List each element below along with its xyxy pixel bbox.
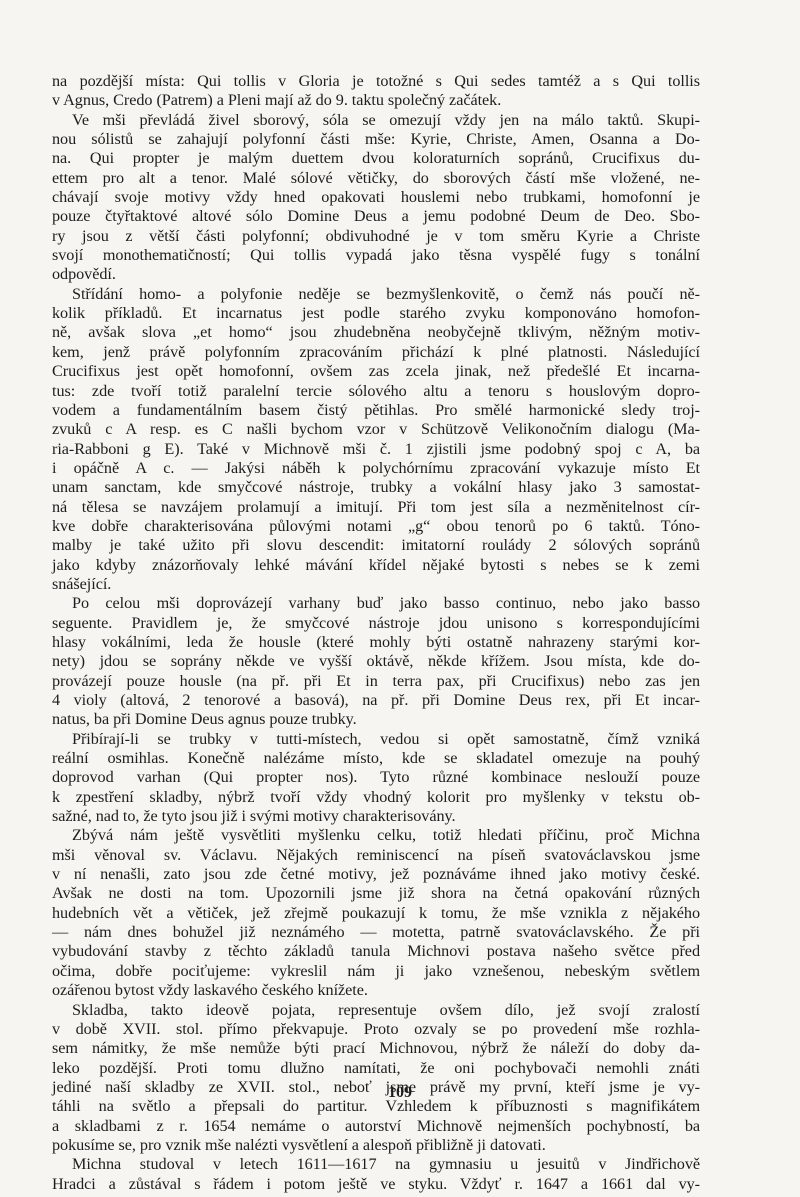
text-line: leko pozdější. Proti tomu dlužno namítat… bbox=[52, 1059, 700, 1078]
text-line: sažné, nad to, že tyto jsou již i svými … bbox=[52, 807, 700, 826]
text-line: seguente. Pravidlem je, že smyčcové nást… bbox=[52, 614, 700, 633]
paragraph-start-line: Střídání homo- a polyfonie neděje se bez… bbox=[52, 285, 700, 304]
text-line: provázejí pouze housle (na př. při Et in… bbox=[52, 672, 700, 691]
text-line: vodem a fundamentálním basem čistý pětih… bbox=[52, 401, 700, 420]
text-line: kem, jenž právě polyfonním zpracováním p… bbox=[52, 343, 700, 362]
text-line: hlasy vokálními, leda že housle (které m… bbox=[52, 633, 700, 652]
text-line: v době XVII. stol. přímo překvapuje. Pro… bbox=[52, 1020, 700, 1039]
text-line: ria-Rabboni g E). Také v Michnově mši č.… bbox=[52, 440, 700, 459]
text-line: zvuků c A resp. es C našli bychom vzor v… bbox=[52, 420, 700, 439]
text-line: malby je také užito při slovu descendit:… bbox=[52, 536, 700, 555]
text-line: vybudování stavby z těchto základů tanul… bbox=[52, 942, 700, 961]
paragraph-start-line: Ve mši převládá živel sborový, sóla se o… bbox=[52, 111, 700, 130]
text-line: tus: zde tvoří totiž paralelní tercie só… bbox=[52, 382, 700, 401]
text-line: nety) jdou se soprány někde ve vyšší okt… bbox=[52, 652, 700, 671]
text-line: Hradci a zůstával s řádem i potom ještě … bbox=[52, 1175, 700, 1194]
text-line: jako kdyby znázorňovaly lehké mávání kří… bbox=[52, 556, 700, 575]
paragraph-start-line: Zbývá nám ještě vysvětliti myšlenku celk… bbox=[52, 826, 700, 845]
text-line: chávají svoje motivy vždy hned opakovati… bbox=[52, 188, 700, 207]
text-line: reální osmihlas. Konečně nalézáme místo,… bbox=[52, 749, 700, 768]
text-line: doprovod varhan (Qui propter nos). Tyto … bbox=[52, 768, 700, 787]
text-line: v Agnus, Credo (Patrem) a Pleni mají až … bbox=[52, 91, 700, 110]
book-page: na pozdější místa: Qui tollis v Gloria j… bbox=[0, 0, 800, 1197]
text-line: sem námitky, že mše nemůže býti prací Mi… bbox=[52, 1039, 700, 1058]
page-number: 109 bbox=[0, 1084, 800, 1102]
text-line: kve dobře charakterisována půlovými nota… bbox=[52, 517, 700, 536]
text-line: Avšak ne dosti na tom. Upozornili jsme j… bbox=[52, 884, 700, 903]
text-line: k zpestření skladby, nýbrž tvoří vždy vh… bbox=[52, 788, 700, 807]
text-line: a skladbami z r. 1654 nemáme o autorství… bbox=[52, 1117, 700, 1136]
text-line: nou sólistů se zahajují polyfonní části … bbox=[52, 130, 700, 149]
paragraph-start-line: Po celou mši doprovázejí varhany buď jak… bbox=[52, 594, 700, 613]
text-line: očima, dobře pociťujeme: vykreslil nám j… bbox=[52, 962, 700, 981]
text-line: kolik příkladů. Et incarnatus jest podle… bbox=[52, 304, 700, 323]
text-line: ozářenou bytost vždy laskavého českého k… bbox=[52, 981, 700, 1000]
text-line: ná tělesa se navzájem prolamují a imituj… bbox=[52, 498, 700, 517]
text-line: ry jsou z větší části polyfonní; obdivuh… bbox=[52, 227, 700, 246]
text-line: odpovědí. bbox=[52, 265, 700, 284]
text-line: unam sanctam, kde smyčcové nástroje, tru… bbox=[52, 478, 700, 497]
text-line: pouze čtyřtaktové altové sólo Domine Deu… bbox=[52, 207, 700, 226]
text-line: svojí monothematičností; Qui tollis vypa… bbox=[52, 246, 700, 265]
text-line: i opáčně A c. — Jakýsi náběh k polychórn… bbox=[52, 459, 700, 478]
text-line: natus, ba při Domine Deus agnus pouze tr… bbox=[52, 710, 700, 729]
text-line: hudebních vět a větiček, jež zřejmě pouk… bbox=[52, 904, 700, 923]
text-line: mši věnoval sv. Václavu. Nějakých remini… bbox=[52, 846, 700, 865]
text-line: snášející. bbox=[52, 575, 700, 594]
paragraph-start-line: Michna studoval v letech 1611—1617 na gy… bbox=[52, 1155, 700, 1174]
text-line: 4 violy (altová, 2 tenorové a basová), n… bbox=[52, 691, 700, 710]
text-line: — nám dnes bohužel již neznámého — motet… bbox=[52, 923, 700, 942]
text-line: ně, avšak slova „et homo“ jsou zhudebněn… bbox=[52, 323, 700, 342]
body-text: na pozdější místa: Qui tollis v Gloria j… bbox=[52, 72, 700, 1194]
paragraph-start-line: Přibírají-li se trubky v tutti-místech, … bbox=[52, 730, 700, 749]
text-line: na pozdější místa: Qui tollis v Gloria j… bbox=[52, 72, 700, 91]
text-line: ettem pro alt a tenor. Malé sólové větič… bbox=[52, 169, 700, 188]
text-line: na. Qui propter je malým duettem dvou ko… bbox=[52, 149, 700, 168]
text-line: Crucifixus jest opět homofonní, ovšem za… bbox=[52, 362, 700, 381]
paragraph-start-line: Skladba, takto ideově pojata, representu… bbox=[52, 1001, 700, 1020]
text-line: v ní nenašli, zato jsou zde četné motivy… bbox=[52, 865, 700, 884]
text-line: pokusíme se, pro vznik mše nalézti vysvě… bbox=[52, 1136, 700, 1155]
